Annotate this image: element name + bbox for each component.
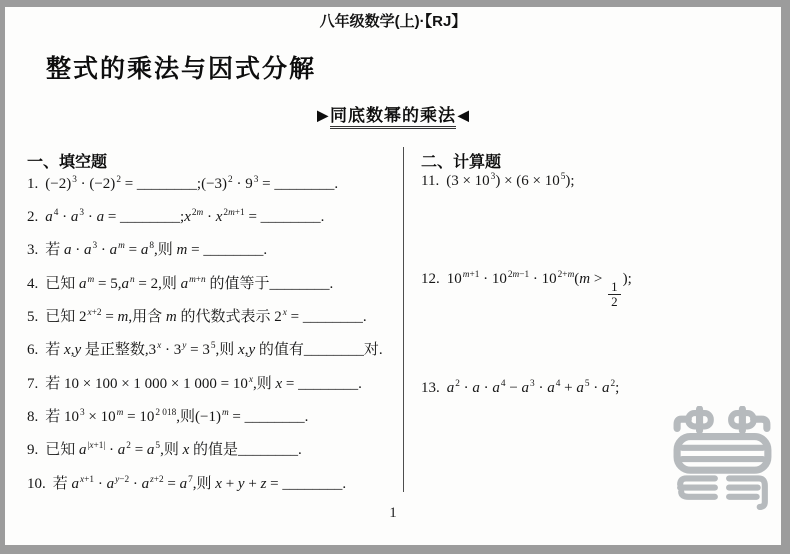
column-divider [403,147,404,492]
problem-11: 11.(3 × 103) × (6 × 105); [421,171,575,191]
page-header: 八年级数学(上)·【RJ】 [5,10,781,31]
problem-8: 8.若 103 × 10m = 102 018,则(−1)m = _______… [27,407,308,427]
problem-number: 12. [421,269,440,289]
seal-watermark-icon [672,406,774,510]
problem-13: 13.a2 · a · a4 − a3 · a4 + a5 · a2; [421,378,619,398]
problem-text: 已知 2x+2 = m,用含 m 的代数式表示 2x = ________. [45,309,366,325]
problem-7: 7.若 10 × 100 × 1 000 × 1 000 = 10x,则 x =… [27,374,362,394]
problem-text: a2 · a · a4 − a3 · a4 + a5 · a2; [447,380,620,396]
problem-text: (3 × 103) × (6 × 105); [446,173,574,189]
problem-number: 13. [421,378,440,398]
problem-1: 1.(−2)3 · (−2)2 = ________;(−3)2 · 93 = … [27,174,338,194]
problem-number: 7. [27,374,38,394]
section-label: 同底数幂的乘法 [330,106,456,129]
problem-5: 5.已知 2x+2 = m,用含 m 的代数式表示 2x = ________. [27,307,367,327]
left-triangle-icon: ▶ [315,107,330,123]
problem-number: 2. [27,207,38,227]
section-heading: ▶同底数幂的乘法◀ [5,101,781,126]
problem-number: 8. [27,407,38,427]
problem-text: 10m+1 · 102m−1 · 102+m(m > 12); [447,271,632,287]
problem-text: 若 ax+1 · ay−2 · az+2 = a7,则 x + y + z = … [53,476,346,492]
problem-3: 3.若 a · a3 · am = a8,则 m = ________. [27,240,267,260]
right-triangle-icon: ◀ [456,107,471,123]
problem-number: 3. [27,240,38,260]
problem-number: 5. [27,307,38,327]
problem-4: 4.已知 am = 5,an = 2,则 am+n 的值等于________. [27,274,333,294]
problem-number: 4. [27,274,38,294]
problem-9: 9.已知 a|x+1| · a2 = a5,则 x 的值是________. [27,440,302,460]
problem-6: 6.若 x,y 是正整数,3x · 3y = 35,则 x,y 的值有_____… [27,340,383,360]
problem-text: 已知 am = 5,an = 2,则 am+n 的值等于________. [45,276,333,292]
problem-number: 6. [27,340,38,360]
problem-number: 10. [27,474,46,494]
scanned-workbook-page: 八年级数学(上)·【RJ】 整式的乘法与因式分解 ▶同底数幂的乘法◀ 一、填空题… [0,0,790,554]
page-number: 1 [5,505,781,522]
problem-number: 9. [27,440,38,460]
problem-text: (−2)3 · (−2)2 = ________;(−3)2 · 93 = __… [45,176,338,192]
problem-text: 若 10 × 100 × 1 000 × 1 000 = 10x,则 x = _… [45,376,362,392]
chapter-title: 整式的乘法与因式分解 [46,49,316,85]
problem-text: 已知 a|x+1| · a2 = a5,则 x 的值是________. [45,442,302,458]
problem-10: 10.若 ax+1 · ay−2 · az+2 = a7,则 x + y + z… [27,474,346,494]
problem-12: 12.10m+1 · 102m−1 · 102+m(m > 12); [421,269,632,310]
problem-number: 11. [421,171,439,191]
problem-text: 若 x,y 是正整数,3x · 3y = 35,则 x,y 的值有_______… [45,342,382,358]
problem-text: 若 a · a3 · am = a8,则 m = ________. [45,242,267,258]
problem-number: 1. [27,174,38,194]
problem-text: 若 103 × 10m = 102 018,则(−1)m = ________. [45,409,308,425]
calculation-heading: 二、计算题 [421,149,501,172]
fill-in-blanks-heading: 一、填空题 [27,149,107,172]
problem-2: 2.a4 · a3 · a = ________;x2m · x2m+1 = _… [27,207,324,227]
paper-sheet: 八年级数学(上)·【RJ】 整式的乘法与因式分解 ▶同底数幂的乘法◀ 一、填空题… [5,7,781,545]
problem-text: a4 · a3 · a = ________;x2m · x2m+1 = ___… [45,209,324,225]
